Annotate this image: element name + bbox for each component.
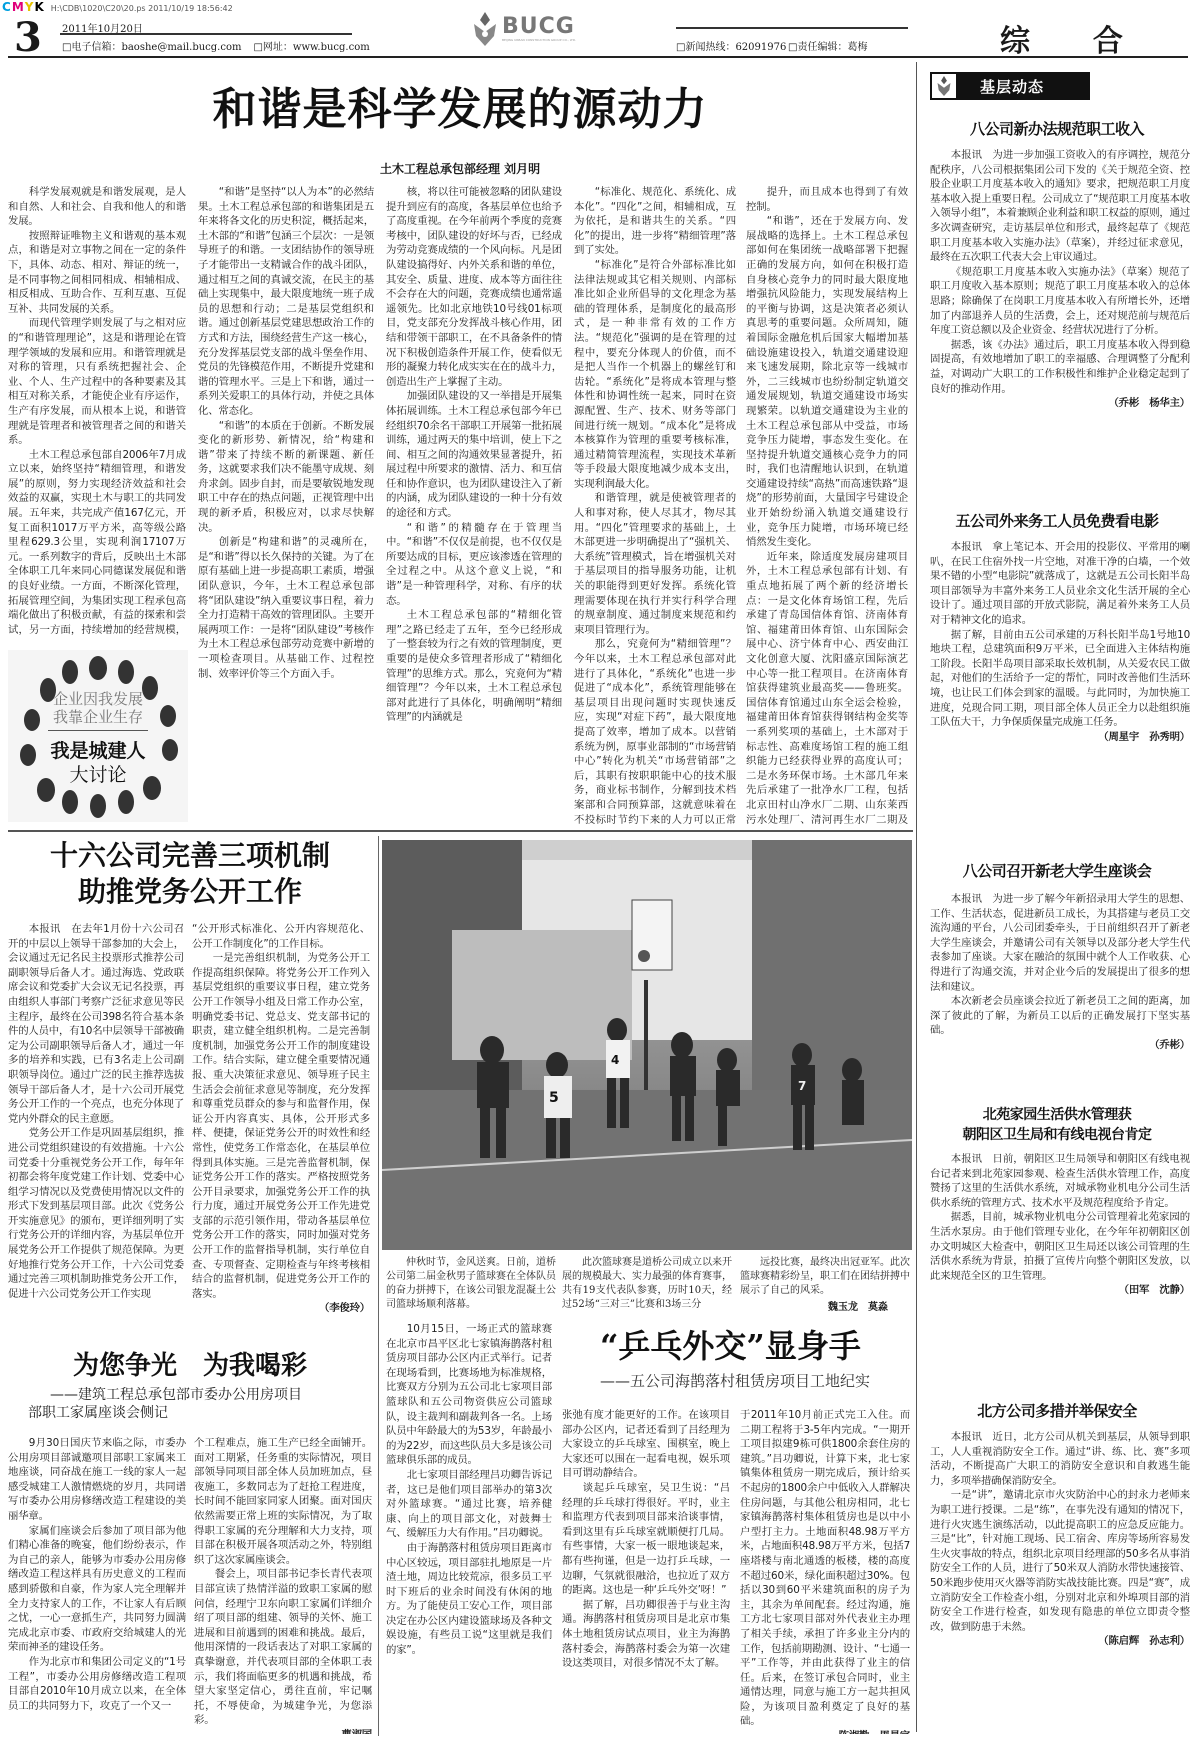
illustration-slogan-1: 企业因我发展 (42, 690, 154, 708)
svg-text:7: 7 (798, 1079, 806, 1093)
logo-subtext: BEIJING URBAN CONSTRUCTION GROUP CO., LT… (502, 38, 576, 42)
sidebar-article-subtitle: 朝阳区卫生局和有线电视台肯定 (922, 1124, 1192, 1144)
sidebar-article-body: 本报讯 拿上笔记本、开会用的投影仪、平常用的喇叭，在民工住宿外找一片空地，对准干… (930, 540, 1190, 840)
file-info: H:\CDB\1020\C20\20.ps 2011/10/19 18:56:4… (51, 4, 233, 13)
article-byline: （田军 沈静） (930, 1283, 1190, 1298)
sidebar-article-title: 八公司召开新老大学生座谈会 (922, 860, 1192, 881)
print-marks: CMYK H:\CDB\1020\C20\20.ps 2011/10/19 18… (2, 0, 233, 14)
sidebar-article-title: 北方公司多措并举保安全 (922, 1400, 1192, 1421)
logo-text: BUCG (502, 16, 576, 38)
masthead-rule-left (60, 33, 352, 35)
masthead-bottom-rule (8, 56, 1188, 58)
article-byline: （周星宇 孙秀明） (930, 730, 1190, 745)
sidebar-article-body: 本报讯 为进一步加强工资收入的有序调控，规范分配秩序，八公司根据集团公司下发的《… (930, 148, 1190, 478)
lead-column-3: 核，将以往可能被忽略的团队建设提升到应有的高度，各基层单位也给予了高度重视。在今… (386, 185, 562, 825)
article-byline: （乔彬 杨华主） (930, 396, 1190, 411)
article-headline: 为您争光 为我喝彩 (20, 1350, 360, 1382)
discussion-illustration: 企业因我发展 我靠企业生存 我是城建人 大讨论 (8, 650, 188, 822)
lead-headline: 和谐是科学发展的源动力 (150, 84, 770, 136)
photo-caption-2: 此次篮球赛是道桥公司成立以来开展的规模最大、实力最强的体育赛事，共有19支代表队… (562, 1256, 732, 1312)
illustration-divider (48, 730, 148, 731)
section-banner: 基层动态 (930, 72, 1090, 100)
lead-column-2: “和谐”是坚持“以人为本”的必然结果。土木工程总承包部的和谐集团是五年来将各文化… (198, 185, 374, 825)
article-column-1: 9月30日国庆节来临之际，市委办公用房项目部诚邀项目部职工家属来工地座谈，同奋战… (8, 1436, 186, 1734)
article-column-3: 于2011年10月前正式完工入住。而二期工程将于3-5年内完成。“一期开工项目拟… (740, 1408, 910, 1734)
news-hotline: □新闻热线：62091976 (676, 38, 786, 53)
photo-byline: 魏玉龙 莫淼 (828, 1298, 888, 1313)
bucg-emblem-icon (472, 12, 498, 46)
section-name: 综 合 (1000, 16, 1137, 60)
website-link[interactable]: □网址：www.bucg.com (253, 38, 369, 53)
article-column-2: 张弛有度才能更好的工作。在该项目部办公区内，记者还看到了吕经理为大家设立的乒乓球… (562, 1408, 730, 1734)
bucg-logo: BUCG BEIJING URBAN CONSTRUCTION GROUP CO… (472, 12, 576, 46)
lead-column-5: 提升，而且成本也得到了有效控制。 “和谐”，还在于发展方向、发展战略的选择上。土… (746, 185, 908, 825)
section-divider (8, 830, 913, 832)
editor-in-charge: □责任编辑：葛梅 (788, 38, 867, 53)
lead-column-1: 科学发展观就是和谐发展观，是人和自然、人和社会、自我和他人的和谐发展。 按照辩证… (8, 185, 186, 637)
article-byline: （李俊玲） (192, 1301, 370, 1316)
svg-text:5: 5 (549, 1090, 559, 1106)
article-subtitle: ——建筑工程总承包部市委办公用房项目 (50, 1384, 302, 1404)
article-headline-line2: 助推党务公开工作 (20, 874, 360, 910)
illustration-title: 我是城建人 (38, 736, 158, 763)
bucg-emblem-icon (935, 76, 953, 96)
column-rule (378, 836, 379, 1736)
article-column-1: 本报讯 在去年1月份十六公司召开的中层以上领导干部参加的大会上，会议通过无记名民… (8, 922, 184, 1342)
sidebar-article-title: 八公司新办法规范职工收入 (922, 118, 1192, 139)
sidebar-article-body: 本报讯 为进一步了解今年新招录用大学生的思想、工作、生活状态，促进新员工成长，为… (930, 892, 1190, 1092)
masthead-rule-right (676, 27, 908, 29)
article-byline: 陈湘勤 周星宇 (740, 1729, 910, 1734)
sidebar-article-body: 本报讯 近日，北方公司从机关到基层，从领导到职工，人人重视消防安全工作。通过“讲… (930, 1430, 1190, 1730)
sidebar-article-body: 本报讯 日前，朝阳区卫生局领导和朝阳区有线电视台记者来到北苑家园参观、检查生活供… (930, 1152, 1190, 1392)
cmyk-mark: CMYK (2, 0, 45, 14)
article-headline: 十六公司完善三项机制 (20, 838, 360, 874)
email-link[interactable]: □电子信箱：baoshe@mail.bucg.com (62, 38, 241, 53)
article-column-1: 10月15日，一场正式的篮球赛在北京市昌平区北七家镇海鹊落村租赁房项目部办公区内… (386, 1322, 552, 1734)
photo-caption-3: 远投比赛，最终决出冠亚军。此次篮球赛精彩纷呈，职工们在团结拼搏中展示了自己的风采… (740, 1256, 910, 1300)
article-byline: （乔彬） (930, 1038, 1190, 1053)
basketball-photo: 5 4 7 (382, 840, 912, 1250)
article-byline: 曹淑国 (194, 1728, 372, 1734)
article-column-2: 个工程难点，施工生产已经全面铺开。面对工期紧，任务重的实际情况，项目部领导同项目… (194, 1436, 372, 1734)
basketball-game-photo-icon: 5 4 7 (382, 840, 912, 1250)
lead-author: 土木工程总承包部经理 刘月明 (380, 160, 540, 177)
photo-caption-1: 仲秋时节，金风送爽。日前，道桥公司第二届金秋男子篮球赛在全体队员的奋力拼搏下，在… (386, 1256, 556, 1312)
article-column-2: “公开形式标准化、公开内容规范化、公开工作制度化”的工作目标。 一是完善组织机制… (192, 922, 370, 1342)
illustration-slogan-2: 我靠企业生存 (42, 708, 154, 726)
svg-text:4: 4 (611, 1053, 619, 1067)
illustration-subtitle: 大讨论 (38, 760, 158, 787)
sidebar-column-rule (916, 62, 917, 1732)
page-number: 3 (14, 18, 42, 58)
section-banner-label: 基层动态 (980, 76, 1044, 97)
sidebar-article-title: 北苑家园生活供水管理获 (922, 1104, 1192, 1124)
article-subtitle: ——五公司海鹊落村租赁房项目工地纪实 (600, 1370, 870, 1391)
article-subtitle-line2: 部职工家属座谈会侧记 (28, 1402, 168, 1422)
lead-column-4: “标准化、规范化、系统化、成本化”。“四化”之间，相辅相成，互为依托，是和谐共生… (574, 185, 736, 825)
article-headline: “乒乓外交”显身手 (560, 1326, 910, 1366)
article-byline: （陈启辉 孙志利） (930, 1634, 1190, 1649)
sidebar-article-title: 五公司外来务工人员免费看电影 (922, 510, 1192, 531)
